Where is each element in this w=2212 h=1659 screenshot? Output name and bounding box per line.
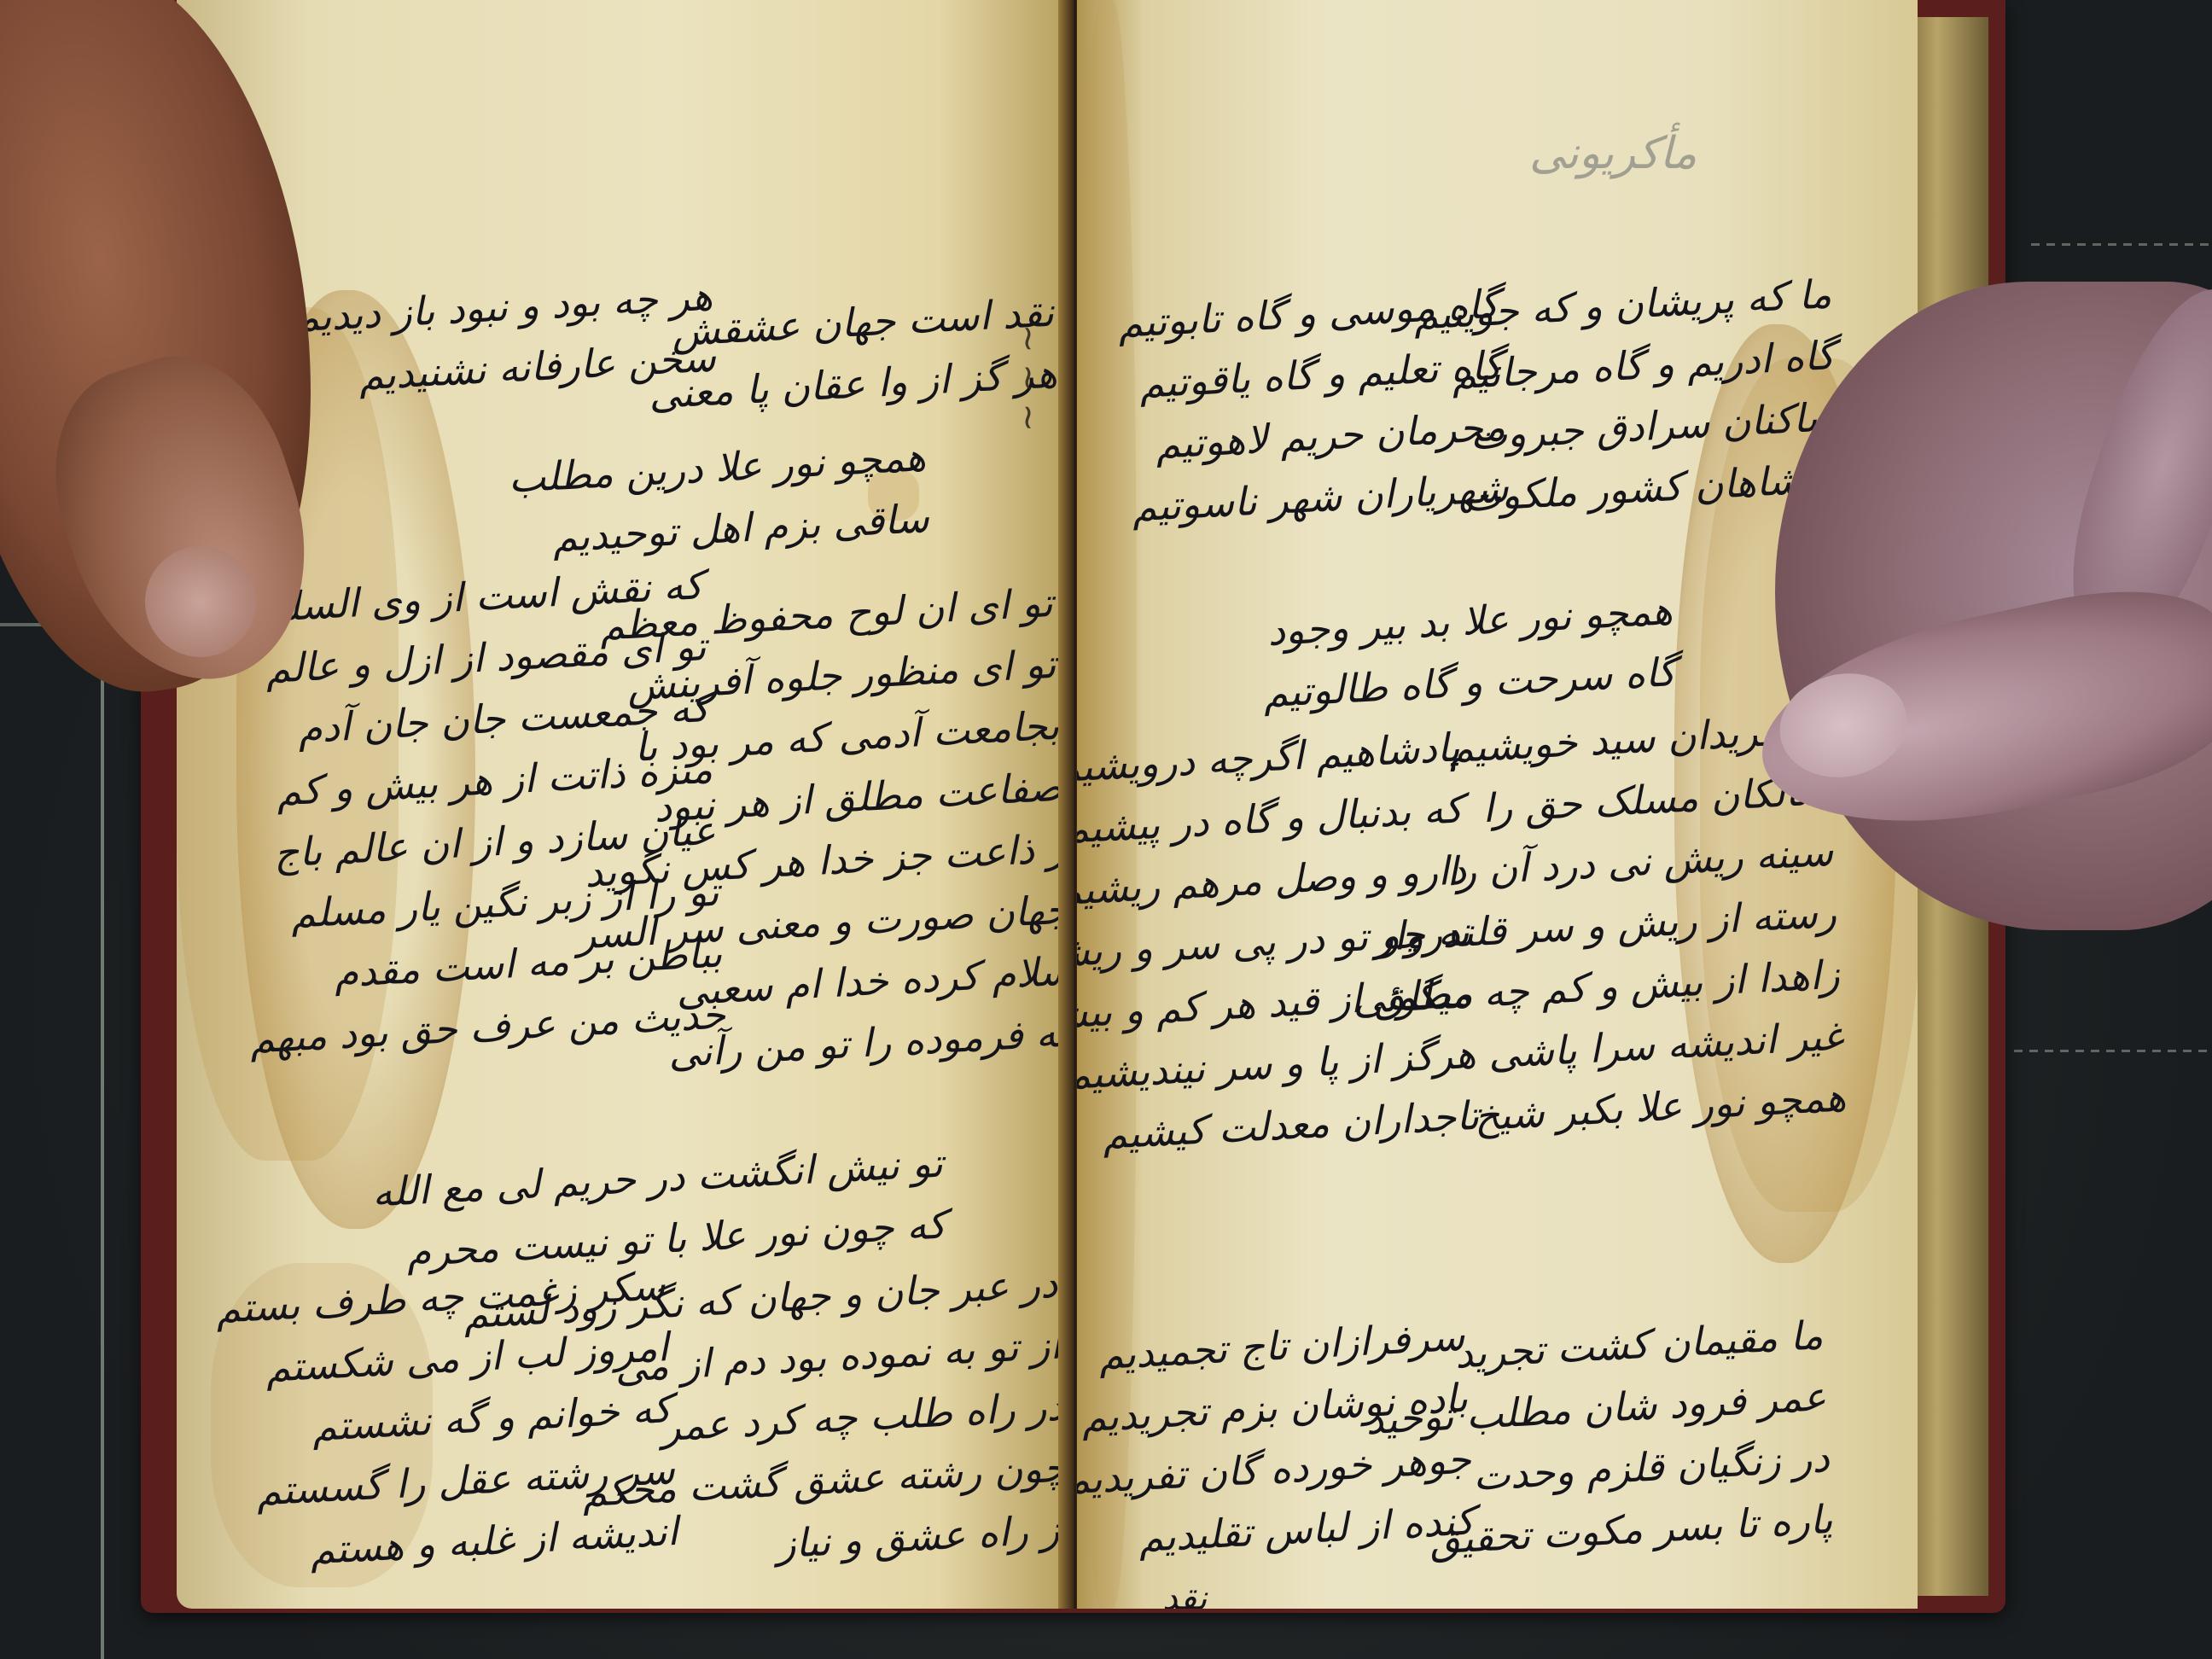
cloth-stitch-line	[2031, 243, 2212, 246]
verse-column-left: پادشاهیم اگرچه درویشیم که بدنبال و گاه د…	[1100, 716, 1481, 1164]
verse-column-right: در عبر جان و جهان که نگر زود لستم از تو …	[647, 1253, 1072, 1581]
verse-column-right: ما مقیمان کشت تجرید عمر فرود شان مطلب تو…	[1429, 1304, 1834, 1570]
verse-column-right: نقد است جهان عشقش هر گز از وا عقان پا مع…	[712, 282, 1059, 422]
verse-column-left: سرفرازان تاج تجمیدیم باده نوشان بزم تجری…	[1122, 1306, 1476, 1569]
verse-column-left: هر چه بود و نبود باز دیدیم سخن عارفانه ن…	[404, 265, 717, 405]
left-page: نقد است جهان عشقش هر گز از وا عقان پا مع…	[177, 0, 1073, 1609]
verse-column-left: گاه موسی و گاه تابوتیم گاه تعلیم و گاه ی…	[1156, 273, 1511, 537]
verse-center-block: تو نیش انگشت در حریم لی مع الله که چون ن…	[498, 1132, 948, 1278]
verse-column-left: سکر زغمت چه طرف بستم امروز لب از می شکست…	[340, 1254, 679, 1578]
right-page: مأکریونی ما که پریشان و که جوینیم گاه اد…	[1077, 0, 1918, 1609]
verse-center-block: همچو نور علا درین مطلب ساقی بزم اهل توحی…	[567, 426, 931, 568]
gutter-margin-note: ~ ~ ~	[1009, 324, 1048, 683]
cloth-stitch-line	[2014, 1050, 2212, 1052]
catchword: نقد	[1162, 1579, 1207, 1609]
pencil-annotation: مأکریونی	[1529, 128, 1697, 179]
verse-column-left: که نقش است از وی السلم الاعظم تو ای مقصو…	[335, 554, 727, 1064]
verse-center-block: همچو نور علا بد بیر وجود گاه سرحت و گاه …	[1313, 579, 1678, 721]
